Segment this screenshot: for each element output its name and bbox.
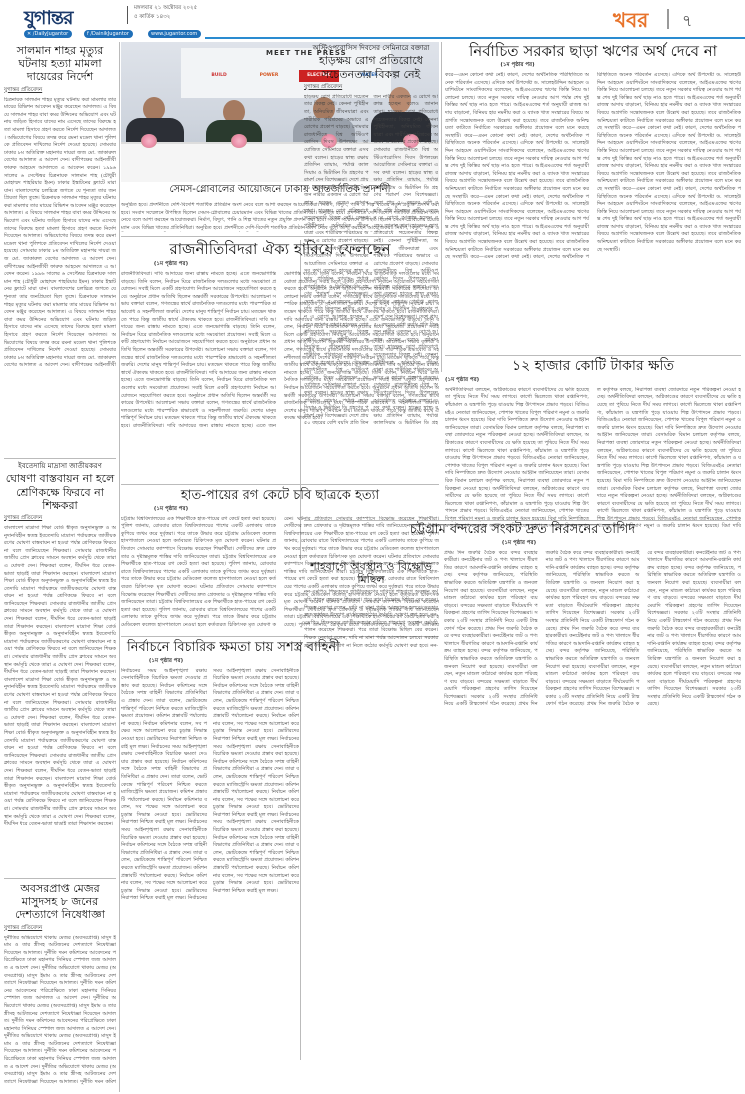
power-logo: POWER (249, 70, 289, 82)
divider (4, 878, 116, 879)
column-rule (300, 640, 301, 1060)
divider (4, 458, 116, 459)
continued-marker: (১ম পৃষ্ঠার পর) (121, 261, 221, 269)
article-loss[interactable]: ১২ হাজার কোটি টাকার ক্ষতি (১ম পৃষ্ঠার পর… (445, 358, 741, 535)
article-loan[interactable]: নির্বাচিত সরকার ছাড়া ঋণের অর্থ দেবে না … (445, 42, 741, 364)
article-major[interactable]: অবসরপ্রাপ্ত মেজর মাসুদসহ ৮ জনের দেশত্যাগ… (4, 882, 116, 1085)
byline: যুগান্তর প্রতিবেদন (304, 84, 438, 92)
column-rule (119, 42, 120, 1092)
article-salman[interactable]: সালমান শাহর মৃত্যুর ঘটনায় হত্যা মামলা দ… (4, 44, 116, 367)
continued-marker: (১ম পৃষ্ঠার পর) (445, 62, 590, 70)
masthead: যুগান্তর মঙ্গলবার ২১ অক্টোবর ২০২৫ ৫ কার্… (0, 0, 745, 38)
continued-marker: (১ম পৃষ্ঠার পর) (445, 377, 590, 385)
column-rule (441, 42, 442, 372)
divider (127, 6, 128, 24)
article-body: বাংলাদেশ মাদ্রাসা শিক্ষা বোর্ড স্বীকৃত অ… (4, 525, 116, 825)
continued-marker: (১ম পৃষ্ঠার পর) (449, 540, 589, 548)
divider (304, 520, 741, 521)
header-rule (205, 37, 745, 39)
twitter-handle-link[interactable]: ✕ /DailyJugantor (24, 30, 72, 38)
section-title: খবর (613, 6, 648, 39)
date-gregorian: মঙ্গলবার ২১ অক্টোবর ২০২৫ (134, 5, 197, 13)
article-teachers[interactable]: ইবতেদায়ি মাদ্রাসা জাতীয়করণ ঘোষণা বাস্ত… (4, 462, 116, 825)
build-logo: BUILD (199, 70, 239, 82)
continued-marker: (১ম পৃষ্ঠার পর) (121, 506, 221, 514)
headline[interactable]: চট্টগ্রাম বন্দরের সংকট দ্রুত নিরসনের তাগ… (304, 522, 741, 538)
article-body: অর্থনীতিবিদরা বলছেন, অগ্নিকাণ্ডের কারণে … (445, 387, 741, 535)
article-port[interactable]: চট্টগ্রাম বন্দরের সংকট দ্রুত নিরসনের তাগ… (304, 522, 741, 1070)
headline[interactable]: অবসরপ্রাপ্ত মেজর মাসুদসহ ৮ জনের দেশত্যাগ… (4, 882, 116, 922)
article-body: করে—এমন কোনো কথা নেই। কারণ, দেশের অর্থনৈ… (445, 72, 741, 364)
divider (121, 484, 439, 485)
twitter-handle: /DailyJugantor (33, 31, 68, 37)
divider (667, 9, 669, 29)
flower-vase (231, 134, 247, 148)
article-body: নির্বাচনের সময় আইনশৃঙ্খলা রক্ষায় সেনাব… (121, 668, 299, 1088)
continued-marker: (১ম পৃষ্ঠার পর) (121, 658, 211, 666)
page-number: ৭ (682, 8, 692, 35)
facebook-page-link[interactable]: f /DainikJugantor (84, 30, 133, 38)
date-bengali: ৫ কার্তিক ১৪৩২ (134, 14, 170, 22)
divider (445, 355, 741, 356)
website-link[interactable]: www.jugantor.com (148, 30, 201, 38)
byline: যুগান্তর প্রতিবেদন (4, 87, 116, 95)
headline[interactable]: সালমান শাহর মৃত্যুর ঘটনায় হত্যা মামলা দ… (4, 44, 116, 84)
article-body: চিত্রনায়ক সালমান শাহর মৃত্যুর ঘটনায় কর… (4, 97, 116, 367)
headline[interactable]: নির্বাচিত সরকার ছাড়া ঋণের অর্থ দেবে না (445, 42, 741, 60)
article-body: প্রথম দিন জরুরি বৈঠক করে বন্দর ব্যবহারকা… (444, 550, 741, 1070)
headline[interactable]: ১২ হাজার কোটি টাকার ক্ষতি (445, 358, 741, 375)
byline: যুগান্তর প্রতিবেদন (4, 925, 116, 933)
flower-vase (141, 134, 157, 148)
website-url: www.jugantor.com (151, 31, 197, 37)
headline[interactable]: হাত-পায়ের রগ কেটে চবি ছাত্রকে হত্যা (121, 488, 439, 504)
kicker: অস্টিওপরোসিস দিবসের সেমিনারে বক্তারা (304, 44, 438, 52)
article-osteoporosis[interactable]: অস্টিওপরোসিস দিবসের সেমিনারে বক্তারা হাড… (304, 44, 438, 434)
facebook-handle: /DainikJugantor (90, 31, 129, 37)
byline: যুগান্তর প্রতিবেদন (4, 515, 116, 523)
article-body: দুর্নীতির অভিযোগে থাকায় মেজর (অবসরপ্রাপ… (4, 935, 116, 1085)
headline[interactable]: হাড়ক্ষয় রোগ প্রতিরোধে সচেতনতার বিকল্প … (304, 54, 438, 80)
kicker: ইবতেদায়ি মাদ্রাসা জাতীয়করণ (4, 462, 116, 470)
article-body: হাড়ক্ষয় রোগ প্রতিরোধে সচেতনতার বিকল্প … (304, 94, 438, 434)
headline[interactable]: ঘোষণা বাস্তবায়ন না হলে শ্রেণিকক্ষে ফিরব… (4, 472, 116, 512)
article-army[interactable]: নির্বাচনে বিচারিক ক্ষমতা চায় সশস্ত্র বা… (121, 640, 299, 1088)
